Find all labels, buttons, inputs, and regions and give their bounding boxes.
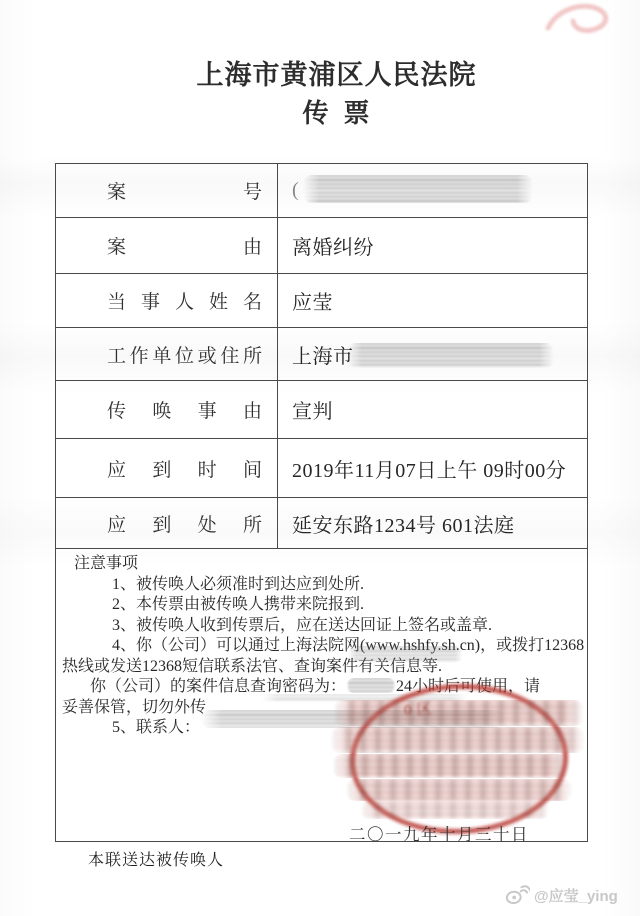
weibo-icon: [504, 884, 530, 906]
serving-copy-note: 本联送达被传唤人: [88, 847, 224, 870]
weibo-watermark: @应莹_ying: [504, 884, 618, 906]
cause-label-cell: 案由: [56, 218, 278, 273]
note-item-4: 4、你（公司）可以通过上海法院网(www.hshfy.sh.cn)，或拨打123…: [62, 636, 579, 657]
note-item-1: 1、被传唤人必须准时到达应到处所.: [62, 575, 579, 596]
case-number-paren: (: [292, 179, 299, 202]
notes-heading: 注意事项: [62, 554, 579, 575]
court-summons-photo: 上海市黄浦区人民法院 传票 案号 ( 案由 离婚纠纷 当事人姓名 应莹 工作单位…: [0, 0, 640, 916]
red-pen-scribble: [540, 0, 624, 38]
summons-reason-value: 宣判: [278, 381, 587, 438]
address-label-cell: 工作单位或住所: [56, 328, 278, 380]
address-redaction-smudge: [347, 343, 554, 368]
seal-smudge-4: [345, 779, 573, 801]
issue-date: 二〇一九年十月三十日: [349, 821, 529, 845]
appear-time-value: 2019年11月07日上午 09时00分: [278, 439, 587, 497]
cause-value: 离婚纠纷: [278, 218, 587, 273]
seal-smudge-2: [330, 727, 586, 753]
case-number-redaction-smudge: [303, 175, 533, 203]
cause-label: 案由: [107, 232, 262, 259]
seal-smudge-1: [333, 700, 585, 726]
row-cause: 案由 离婚纠纷: [56, 218, 587, 274]
note-item-2: 2、本传票由被传唤人携带来院报到.: [62, 595, 579, 616]
row-party-name: 当事人姓名 应莹: [56, 274, 587, 328]
summons-reason-label: 传唤事由: [107, 396, 262, 423]
watermark-handle: @应莹_ying: [534, 885, 618, 906]
case-number-label-cell: 案号: [56, 164, 278, 217]
case-number-label: 案号: [107, 177, 262, 204]
party-name-label-cell: 当事人姓名: [56, 274, 278, 327]
document-title: 传票: [0, 93, 640, 130]
note4-partial-smudge: [348, 646, 463, 663]
row-summons-reason: 传唤事由 宣判: [56, 381, 587, 439]
password-prefix: 你（公司）的案件信息查询密码为：: [90, 678, 346, 695]
row-appear-place: 应到处所 延安东路1234号 601法庭: [56, 498, 587, 549]
row-appear-time: 应到时间 2019年11月07日上午 09时00分: [56, 439, 587, 498]
appear-time-label-cell: 应到时间: [56, 439, 278, 497]
appear-place-label: 应到处所: [107, 510, 262, 537]
seal-smudge-5: [360, 801, 550, 819]
court-seal-fragment: 0区: [403, 697, 437, 720]
note-item-3: 3、被传唤人收到传票后，应在送达回证上签名或盖章.: [62, 616, 579, 637]
password-redaction-smudge: [346, 678, 396, 693]
address-label: 工作单位或住所: [107, 341, 262, 368]
appear-place-label-cell: 应到处所: [56, 498, 278, 548]
court-name: 上海市黄浦区人民法院: [0, 53, 640, 92]
appear-place-value: 延安东路1234号 601法庭: [278, 498, 587, 548]
party-name-value: 应莹: [278, 274, 587, 327]
summons-reason-label-cell: 传唤事由: [56, 381, 278, 438]
appear-time-label: 应到时间: [107, 455, 262, 482]
seal-smudge-3: [332, 754, 570, 778]
note-item-4-continued: 热线或发送12368短信联系法官、查询案件有关信息等.: [62, 657, 579, 678]
party-name-label: 当事人姓名: [107, 287, 262, 314]
